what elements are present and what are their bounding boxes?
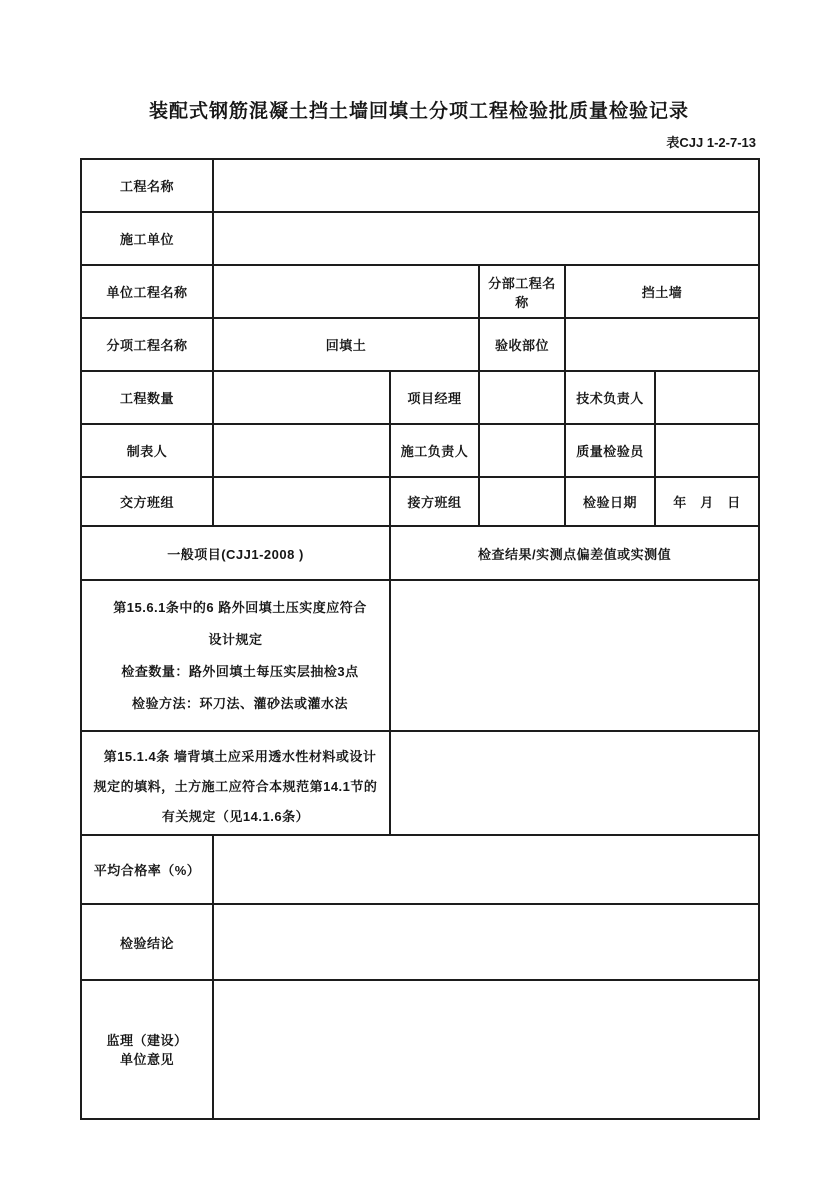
criteria-line: 规定的填料，土方施工应符合本规范第14.1节的 [85, 772, 386, 802]
average-pass-rate-value [213, 835, 759, 904]
acceptance-part-value [565, 318, 759, 371]
construction-director-label: 施工负责人 [390, 424, 479, 477]
criteria-line: 检验方法：环刀法、灌砂法或灌水法 [85, 688, 386, 720]
construction-unit-label: 施工单位 [81, 212, 213, 265]
table-row-construction-unit: 施工单位 [81, 212, 759, 265]
handover-team-value [213, 477, 390, 526]
unit-project-value [213, 265, 479, 318]
project-manager-label: 项目经理 [390, 371, 479, 424]
table-row-conclusion: 检验结论 [81, 904, 759, 980]
construction-unit-value [213, 212, 759, 265]
supervisor-opinion-label: 监理（建设） 单位意见 [81, 980, 213, 1119]
conclusion-label: 检验结论 [81, 904, 213, 980]
project-manager-value [479, 371, 565, 424]
table-row-pass-rate: 平均合格率（%） [81, 835, 759, 904]
receiving-team-value [479, 477, 565, 526]
criteria-1-result-cell [390, 580, 759, 731]
construction-director-value [479, 424, 565, 477]
preparer-value [213, 424, 390, 477]
table-row-criteria-2: 第15.1.4条 墙背填土应采用透水性材料或设计 规定的填料，土方施工应符合本规… [81, 731, 759, 835]
criteria-2-result-cell [390, 731, 759, 835]
technical-director-label: 技术负责人 [565, 371, 655, 424]
conclusion-value [213, 904, 759, 980]
average-pass-rate-label: 平均合格率（%） [81, 835, 213, 904]
unit-project-label: 单位工程名称 [81, 265, 213, 318]
inspection-record-table: 工程名称 施工单位 单位工程名称 分部工程名称 挡土墙 分项工程名称 回填土 验… [80, 158, 760, 1120]
quantity-label: 工程数量 [81, 371, 213, 424]
table-row-quantity: 工程数量 项目经理 技术负责人 [81, 371, 759, 424]
division-project-value: 挡土墙 [565, 265, 759, 318]
table-row-preparer: 制表人 施工负责人 质量检验员 [81, 424, 759, 477]
inspection-date-label: 检验日期 [565, 477, 655, 526]
page-title: 装配式钢筋混凝土挡土墙回填土分项工程检验批质量检验记录 [80, 96, 758, 123]
result-header: 检查结果/实测点偏差值或实测值 [390, 526, 759, 580]
quantity-value [213, 371, 390, 424]
table-row-unit-project: 单位工程名称 分部工程名称 挡土墙 [81, 265, 759, 318]
criteria-line: 第15.1.4条 墙背填土应采用透水性材料或设计 [85, 742, 386, 772]
general-items-header: 一般项目(CJJ1-2008 ) [81, 526, 390, 580]
supervisor-opinion-label-line1: 监理（建设） [85, 1031, 209, 1050]
quality-inspector-label: 质量检验员 [565, 424, 655, 477]
preparer-label: 制表人 [81, 424, 213, 477]
criteria-line: 有关规定（见14.1.6条） [85, 802, 386, 832]
quality-inspector-value [655, 424, 759, 477]
criteria-line: 第15.6.1条中的6 路外回填土压实度应符合 [85, 592, 386, 624]
acceptance-part-label: 验收部位 [479, 318, 565, 371]
table-row-criteria-1: 第15.6.1条中的6 路外回填土压实度应符合 设计规定 检查数量：路外回填土每… [81, 580, 759, 731]
table-row-sub-project: 分项工程名称 回填土 验收部位 [81, 318, 759, 371]
project-name-value [213, 159, 759, 212]
technical-director-value [655, 371, 759, 424]
criteria-line: 设计规定 [85, 624, 386, 656]
supervisor-opinion-label-line2: 单位意见 [85, 1050, 209, 1069]
table-row-supervisor-opinion: 监理（建设） 单位意见 [81, 980, 759, 1119]
document-page: 装配式钢筋混凝土挡土墙回填土分项工程检验批质量检验记录 表CJJ 1-2-7-1… [0, 0, 838, 1186]
criteria-1-text-cell: 第15.6.1条中的6 路外回填土压实度应符合 设计规定 检查数量：路外回填土每… [81, 580, 390, 731]
inspection-date-value: 年 月 日 [655, 477, 759, 526]
sub-project-value: 回填土 [213, 318, 479, 371]
project-name-label: 工程名称 [81, 159, 213, 212]
table-row-teams: 交方班组 接方班组 检验日期 年 月 日 [81, 477, 759, 526]
sub-project-label: 分项工程名称 [81, 318, 213, 371]
handover-team-label: 交方班组 [81, 477, 213, 526]
criteria-line: 检查数量：路外回填土每压实层抽检3点 [85, 656, 386, 688]
criteria-2-text-cell: 第15.1.4条 墙背填土应采用透水性材料或设计 规定的填料，土方施工应符合本规… [81, 731, 390, 835]
table-row-project-name: 工程名称 [81, 159, 759, 212]
table-row-section-header: 一般项目(CJJ1-2008 ) 检查结果/实测点偏差值或实测值 [81, 526, 759, 580]
supervisor-opinion-value [213, 980, 759, 1119]
receiving-team-label: 接方班组 [390, 477, 479, 526]
division-project-label: 分部工程名称 [479, 265, 565, 318]
form-code: 表CJJ 1-2-7-13 [80, 132, 758, 151]
